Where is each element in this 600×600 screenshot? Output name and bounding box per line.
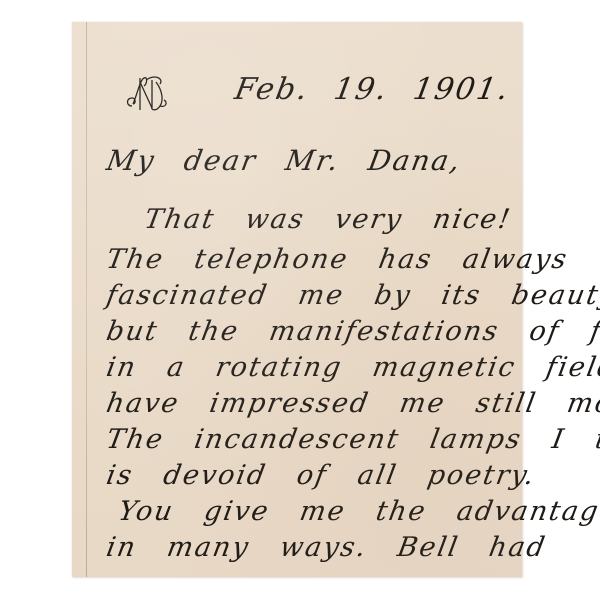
letter-line: fascinated me by its beauty xyxy=(104,280,600,311)
letter-line: have impressed me still more. xyxy=(104,388,600,419)
monogram-nt-icon xyxy=(122,72,170,116)
letter-page: Feb. 19. 1901. My dear Mr. Dana, That wa… xyxy=(72,22,522,577)
letter-line: is devoid of all poetry. xyxy=(104,460,538,491)
document-viewer: Feb. 19. 1901. My dear Mr. Dana, That wa… xyxy=(0,0,600,600)
letter-line: That was very nice! xyxy=(142,204,514,235)
letter-greeting: My dear Mr. Dana, xyxy=(104,144,464,177)
letter-line: The incandescent lamps I think xyxy=(104,424,600,455)
letter-line: in many ways. Bell had xyxy=(104,532,549,563)
letter-line: The telephone has always xyxy=(104,244,571,275)
letter-line: You give me the advantage xyxy=(116,496,600,527)
letter-line: in a rotating magnetic field xyxy=(104,352,600,383)
letter-date: Feb. 19. 1901. xyxy=(232,72,513,107)
letter-line: but the manifestations of force xyxy=(104,316,600,347)
paper-fold-line xyxy=(86,22,87,577)
